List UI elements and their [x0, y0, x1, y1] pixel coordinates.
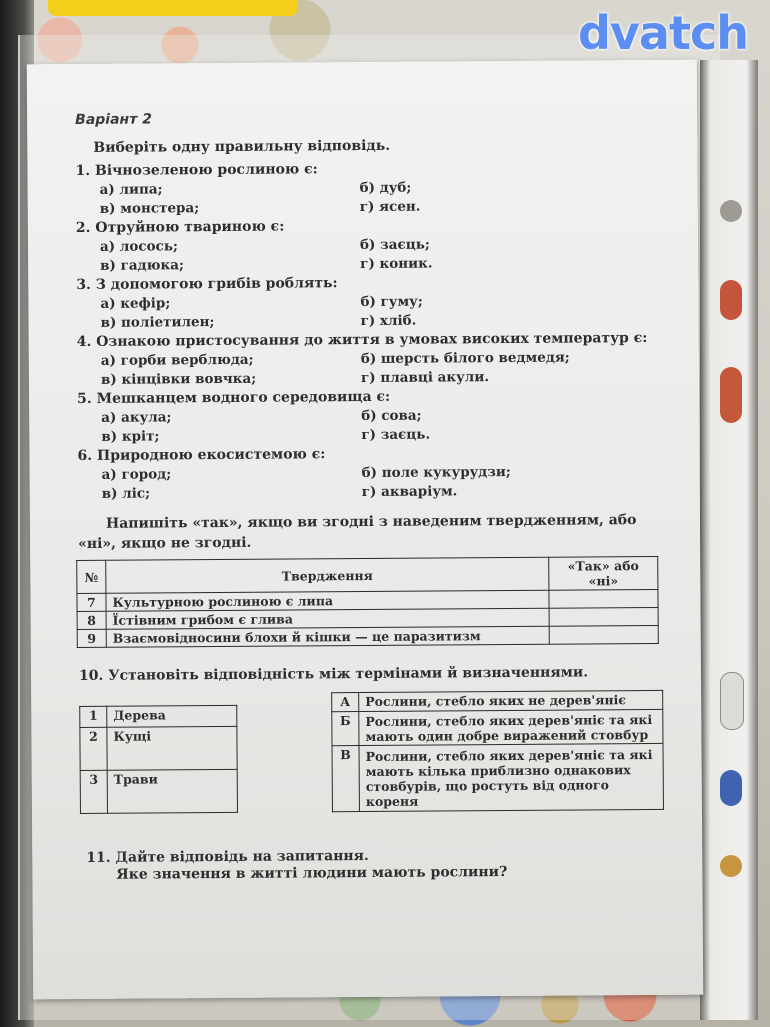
answer-option: в) поліетилен;	[100, 312, 360, 333]
open-question-text: Яке значення в житті людини мають рослин…	[116, 863, 680, 884]
term-number: 2	[80, 727, 107, 770]
true-false-instruction: Напишіть «так», якщо ви згодні з наведен…	[78, 510, 678, 554]
row-number: 7	[77, 593, 106, 611]
question: 4. Ознакою пристосування до життя в умов…	[77, 329, 677, 390]
table-row: 9 Взаємовідносини блохи й кішки — це пар…	[77, 625, 658, 647]
answer-option: б) гуму;	[360, 291, 620, 312]
definition-letter: В	[332, 746, 359, 812]
answer-option: б) шерсть білого ведмедя;	[361, 348, 621, 369]
definitions-table: А Рослини, стебло яких не дерев'янієБ Ро…	[331, 690, 664, 812]
question: 3. З допомогою грибів роблять: а) кефір;…	[76, 272, 676, 333]
term-number: 1	[80, 706, 107, 727]
binder-hole	[720, 280, 742, 320]
answer-option: а) кефір;	[100, 293, 360, 314]
binder-hole	[720, 200, 742, 222]
answer-option: в) ліс;	[102, 483, 362, 504]
answer-option: б) поле кукурудзи;	[362, 462, 622, 483]
column-header-statement: Твердження	[106, 557, 549, 593]
definition-row: В Рослини, стебло яких дерев'яніє та які…	[332, 744, 663, 812]
question: 6. Природною екосистемою є: а) город;б) …	[77, 443, 677, 504]
term-label: Дерева	[107, 705, 237, 727]
watermark: dvatch	[578, 6, 748, 60]
statement: Взаємовідносини блохи й кішки — це параз…	[106, 626, 549, 647]
term-row: 2 Кущі	[80, 726, 237, 770]
answer-option: г) коник.	[360, 253, 620, 274]
answer-option: б) дуб;	[360, 177, 620, 198]
answer-option: а) лосось;	[100, 236, 360, 257]
binder-hole	[720, 855, 742, 877]
true-false-table: № Твердження «Так» або «ні» 7 Культурною…	[76, 556, 659, 648]
answer-option: а) горби верблюда;	[101, 350, 361, 371]
matching-title: 10. Установіть відповідність між терміна…	[79, 664, 679, 684]
answer-option: г) ясен.	[360, 196, 620, 217]
definition-letter: А	[332, 693, 359, 712]
answer-option: б) заєць;	[360, 234, 620, 255]
definition-row: А Рослини, стебло яких не дерев'яніє	[332, 690, 663, 711]
term-row: 3 Трави	[80, 769, 237, 813]
definition-text: Рослини, стебло яких не дерев'яніє	[359, 690, 663, 711]
term-label: Трави	[107, 769, 237, 813]
answer-option: г) хліб.	[360, 310, 620, 331]
instruction: Виберіть одну правильну відповідь.	[93, 136, 675, 156]
answer-option: б) сова;	[361, 405, 621, 426]
answer-option: в) кріт;	[101, 426, 361, 447]
answer-option: в) гадюка;	[100, 255, 360, 276]
term-label: Кущі	[107, 726, 237, 770]
definition-row: Б Рослини, стебло яких дерев'яніє та які…	[332, 709, 663, 746]
answer-option: а) город;	[102, 464, 362, 485]
answer-option: г) плавці акули.	[361, 367, 621, 388]
answer-option: а) липа;	[100, 179, 360, 200]
question: 2. Отруйною твариною є: а) лосось;б) зає…	[76, 215, 676, 276]
question: 1. Вічнозеленою рослиною є: а) липа;б) д…	[75, 158, 675, 219]
binder-hole	[720, 672, 744, 730]
row-number: 8	[77, 611, 106, 629]
term-row: 1 Дерева	[80, 705, 237, 727]
terms-table: 1 Дерева2 Кущі3 Трави	[79, 705, 238, 814]
term-number: 3	[80, 770, 107, 813]
answer-cell[interactable]	[549, 589, 658, 608]
row-number: 9	[77, 629, 106, 647]
question: 5. Мешканцем водного середовища є: а) ак…	[77, 386, 677, 447]
yellow-folder-clip	[48, 0, 298, 16]
worksheet-page: Варіант 2 Виберіть одну правильну відпов…	[27, 60, 704, 1000]
open-question: 11. Дайте відповідь на запитання. Яке зн…	[86, 846, 680, 884]
answer-option: в) кінцівки вовчка;	[101, 369, 361, 390]
open-question-title: 11. Дайте відповідь на запитання.	[86, 848, 369, 866]
definition-letter: Б	[332, 711, 359, 746]
column-header-number: №	[77, 560, 106, 593]
binder-hole	[720, 367, 742, 423]
answer-cell[interactable]	[549, 625, 658, 644]
column-header-answer: «Так» або «ні»	[549, 556, 658, 590]
answer-option: а) акула;	[101, 407, 361, 428]
definition-text: Рослини, стебло яких дерев'яніє та які м…	[359, 709, 663, 746]
answer-cell[interactable]	[549, 607, 658, 626]
definition-text: Рослини, стебло яких дерев'яніє та які м…	[359, 744, 663, 812]
answer-option: г) акваріум.	[362, 481, 622, 502]
answer-option: г) заєць.	[361, 424, 621, 445]
variant-heading: Варіант 2	[75, 108, 675, 128]
answer-option: в) монстера;	[100, 198, 360, 219]
binder-hole	[720, 770, 742, 806]
multiple-choice-questions: 1. Вічнозеленою рослиною є: а) липа;б) д…	[75, 158, 677, 504]
